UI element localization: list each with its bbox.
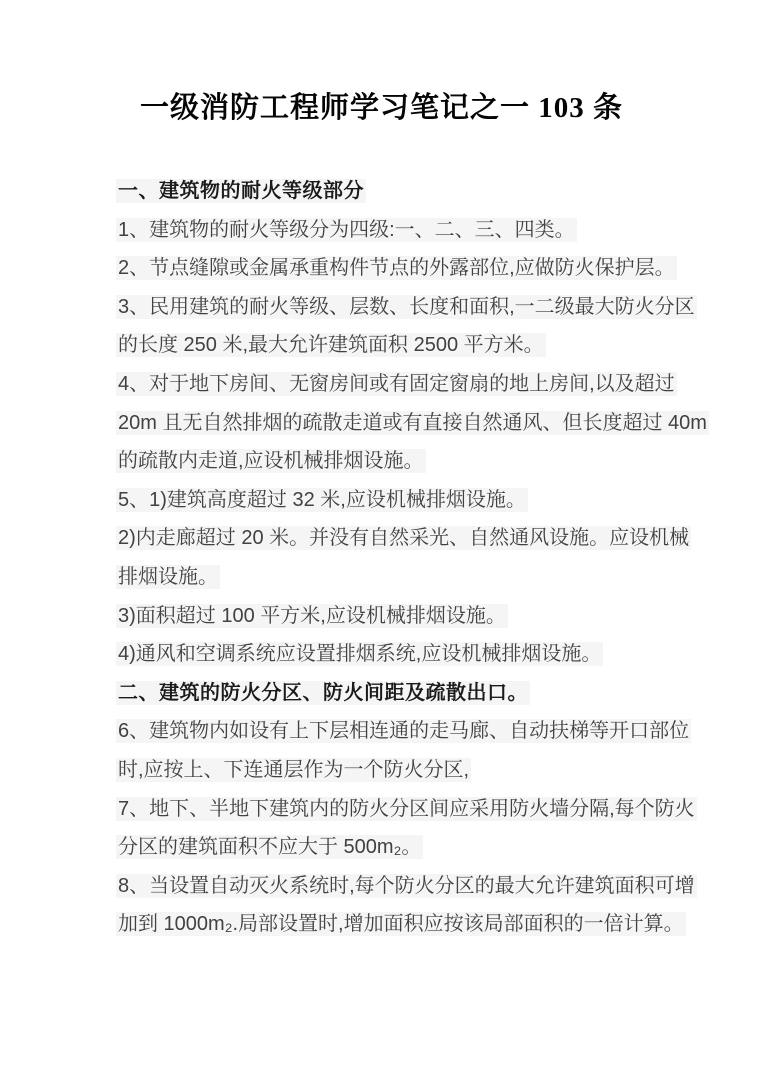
text-line: 的疏散内走道,应设机械排烟设施。 bbox=[116, 442, 706, 481]
text-line: 2、节点缝隙或金属承重构件节点的外露部位,应做防火保护层。 bbox=[116, 249, 706, 288]
line-text: 2)内走廊超过 20 米。并没有自然采光、自然通风设施。应设机械 bbox=[116, 526, 691, 550]
line-text: 6、建筑物内如设有上下层相连通的走马廊、自动扶梯等开口部位 bbox=[116, 719, 691, 743]
section-heading-1: 一、建筑物的耐火等级部分 bbox=[116, 172, 706, 211]
text-line: 1、建筑物的耐火等级分为四级:一、二、三、四类。 bbox=[116, 211, 706, 250]
text-line: 3)面积超过 100 平方米,应设机械排烟设施。 bbox=[116, 597, 706, 636]
text-line: 加到 1000m₂.局部设置时,增加面积应按该局部面积的一倍计算。 bbox=[116, 905, 706, 944]
text-line: 4、对于地下房间、无窗房间或有固定窗扇的地上房间,以及超过 bbox=[116, 365, 706, 404]
line-text: 时,应按上、下连通层作为一个防火分区, bbox=[116, 758, 471, 782]
line-text: 4)通风和空调系统应设置排烟系统,应设机械排烟设施。 bbox=[116, 642, 603, 666]
text-line: 5、1)建筑高度超过 32 米,应设机械排烟设施。 bbox=[116, 481, 706, 520]
text-line: 2)内走廊超过 20 米。并没有自然采光、自然通风设施。应设机械 bbox=[116, 519, 706, 558]
section-heading-text: 二、建筑的防火分区、防火间距及疏散出口。 bbox=[116, 681, 530, 705]
document-body: 一、建筑物的耐火等级部分 1、建筑物的耐火等级分为四级:一、二、三、四类。 2、… bbox=[116, 172, 706, 944]
text-line: 3、民用建筑的耐火等级、层数、长度和面积,一二级最大防火分区 bbox=[116, 288, 706, 327]
page-title: 一级消防工程师学习笔记之一 103 条 bbox=[0, 86, 763, 130]
section-heading-2: 二、建筑的防火分区、防火间距及疏散出口。 bbox=[116, 674, 706, 713]
line-text: 1、建筑物的耐火等级分为四级:一、二、三、四类。 bbox=[116, 218, 577, 242]
line-text: 7、地下、半地下建筑内的防火分区间应采用防火墙分隔,每个防火 bbox=[116, 797, 697, 821]
text-line: 时,应按上、下连通层作为一个防火分区, bbox=[116, 751, 706, 790]
line-text: 4、对于地下房间、无窗房间或有固定窗扇的地上房间,以及超过 bbox=[116, 372, 677, 396]
line-text: 8、当设置自动灭火系统时,每个防火分区的最大允许建筑面积可增 bbox=[116, 874, 697, 898]
line-text: 的疏散内走道,应设机械排烟设施。 bbox=[116, 449, 426, 473]
text-line: 排烟设施。 bbox=[116, 558, 706, 597]
line-text: 5、1)建筑高度超过 32 米,应设机械排烟设施。 bbox=[116, 488, 528, 512]
line-text: 20m 且无自然排烟的疏散走道或有直接自然通风、但长度超过 40m bbox=[116, 411, 709, 435]
text-line: 6、建筑物内如设有上下层相连通的走马廊、自动扶梯等开口部位 bbox=[116, 712, 706, 751]
text-line: 20m 且无自然排烟的疏散走道或有直接自然通风、但长度超过 40m bbox=[116, 404, 706, 443]
text-line: 分区的建筑面积不应大于 500m₂。 bbox=[116, 828, 706, 867]
line-text: 分区的建筑面积不应大于 500m₂。 bbox=[116, 835, 423, 859]
line-text: 3、民用建筑的耐火等级、层数、长度和面积,一二级最大防火分区 bbox=[116, 295, 697, 319]
line-text: 排烟设施。 bbox=[116, 565, 220, 589]
text-line: 8、当设置自动灭火系统时,每个防火分区的最大允许建筑面积可增 bbox=[116, 867, 706, 906]
text-line: 7、地下、半地下建筑内的防火分区间应采用防火墙分隔,每个防火 bbox=[116, 790, 706, 829]
section-heading-text: 一、建筑物的耐火等级部分 bbox=[116, 179, 366, 203]
line-text: 加到 1000m₂.局部设置时,增加面积应按该局部面积的一倍计算。 bbox=[116, 912, 686, 936]
line-text: 的长度 250 米,最大允许建筑面积 2500 平方米。 bbox=[116, 333, 546, 357]
text-line: 4)通风和空调系统应设置排烟系统,应设机械排烟设施。 bbox=[116, 635, 706, 674]
line-text: 2、节点缝隙或金属承重构件节点的外露部位,应做防火保护层。 bbox=[116, 256, 677, 280]
text-line: 的长度 250 米,最大允许建筑面积 2500 平方米。 bbox=[116, 326, 706, 365]
document-page: 一级消防工程师学习笔记之一 103 条 一、建筑物的耐火等级部分 1、建筑物的耐… bbox=[0, 0, 763, 1080]
line-text: 3)面积超过 100 平方米,应设机械排烟设施。 bbox=[116, 604, 508, 628]
